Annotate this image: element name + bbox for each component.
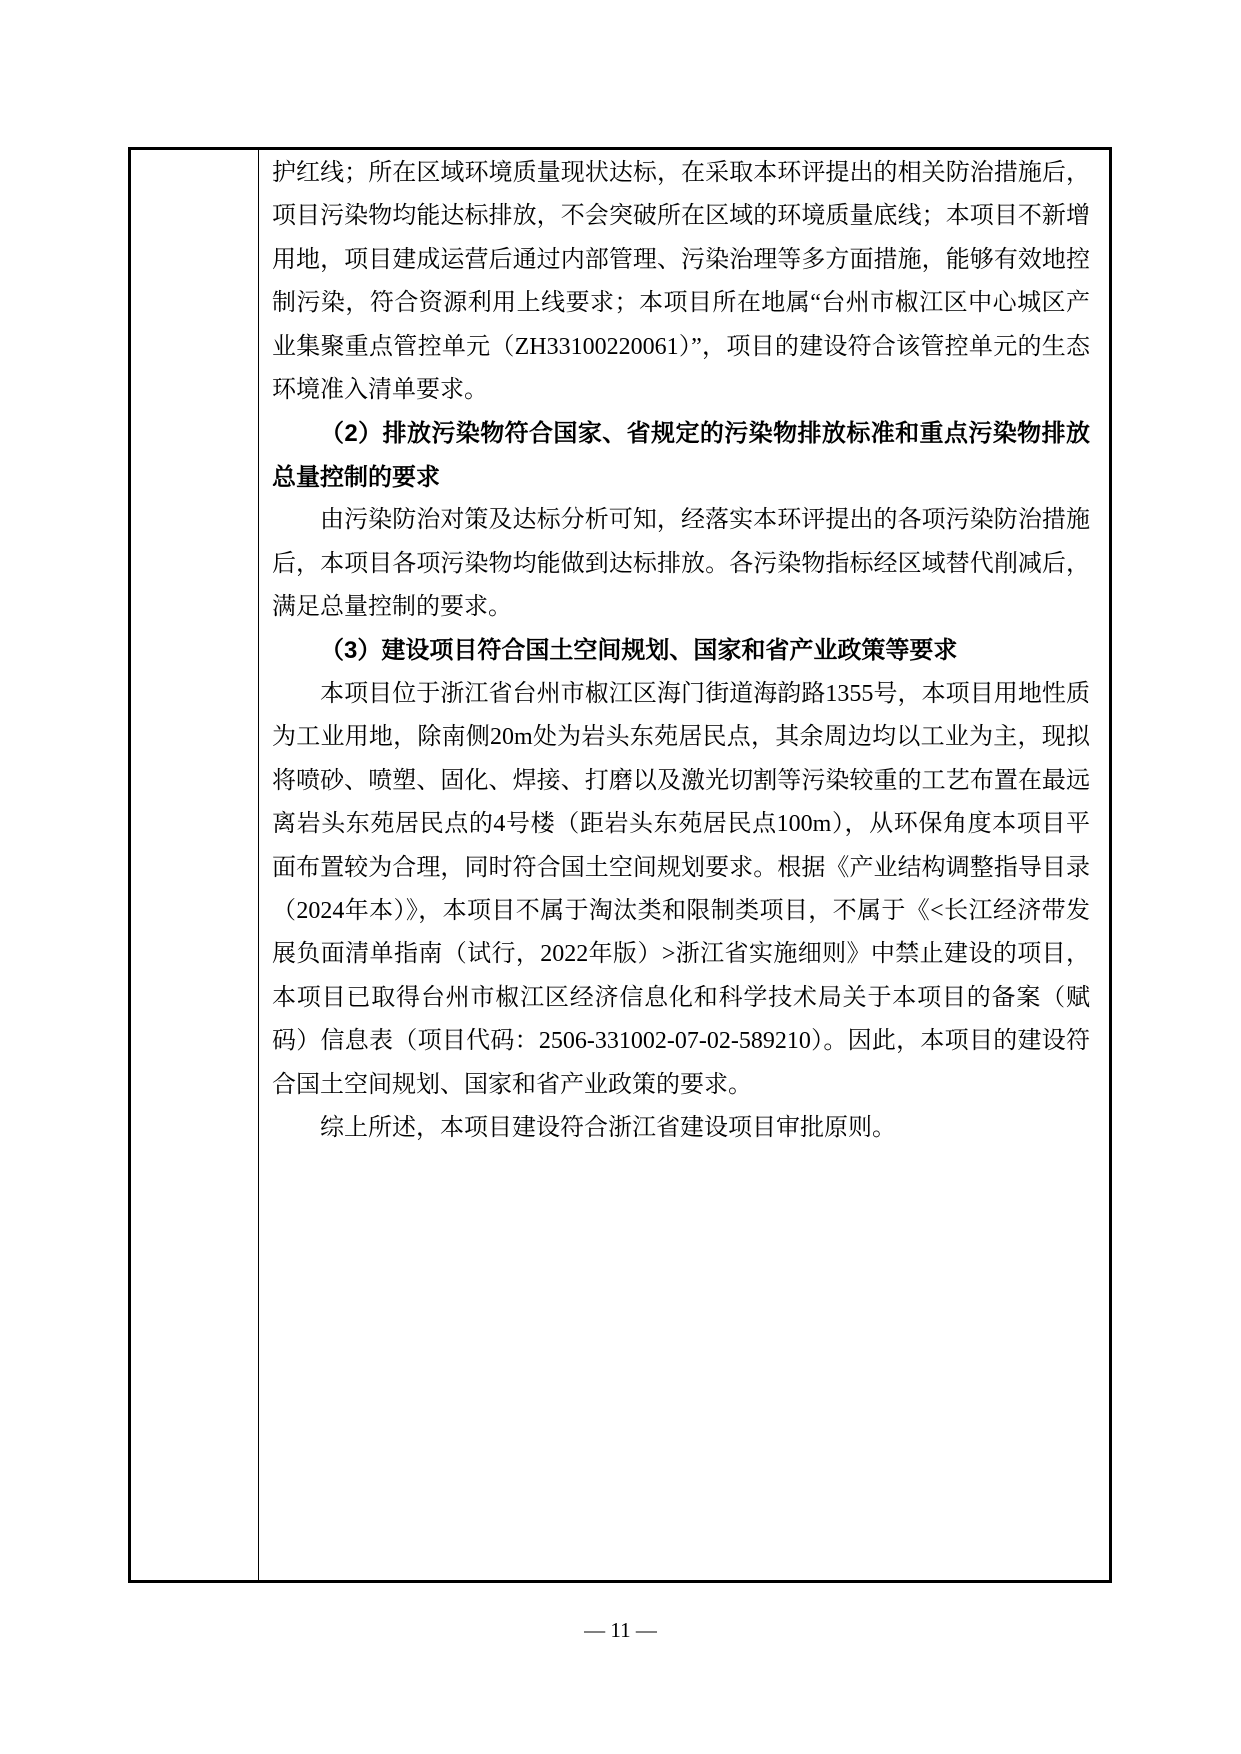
page-number: — 11 — xyxy=(0,1618,1241,1643)
paragraph-pollution-control-analysis: 由污染防治对策及达标分析可知，经落实本环评提出的各项污染防治措施后，本项目各项污… xyxy=(272,499,1090,629)
paragraph-project-location-and-policy-compliance: 本项目位于浙江省台州市椒江区海门街道海韵路1355号，本项目用地性质为工业用地，… xyxy=(272,673,1090,1107)
row-label-cell xyxy=(131,150,259,1580)
paragraph-conclusion: 综上所述，本项目建设符合浙江省建设项目审批原则。 xyxy=(272,1107,1090,1150)
heading-3-land-use-and-industrial-policy: （3）建设项目符合国土空间规划、国家和省产业政策等要求 xyxy=(272,629,1090,672)
paragraph-continuation: 护红线；所在区域环境质量现状达标，在采取本环评提出的相关防治措施后，项目污染物均… xyxy=(272,152,1090,412)
document-table: 护红线；所在区域环境质量现状达标，在采取本环评提出的相关防治措施后，项目污染物均… xyxy=(128,147,1112,1583)
content-cell: 护红线；所在区域环境质量现状达标，在采取本环评提出的相关防治措施后，项目污染物均… xyxy=(259,150,1109,1580)
heading-2-pollutant-discharge-standards: （2）排放污染物符合国家、省规定的污染物排放标准和重点污染物排放总量控制的要求 xyxy=(272,412,1090,499)
